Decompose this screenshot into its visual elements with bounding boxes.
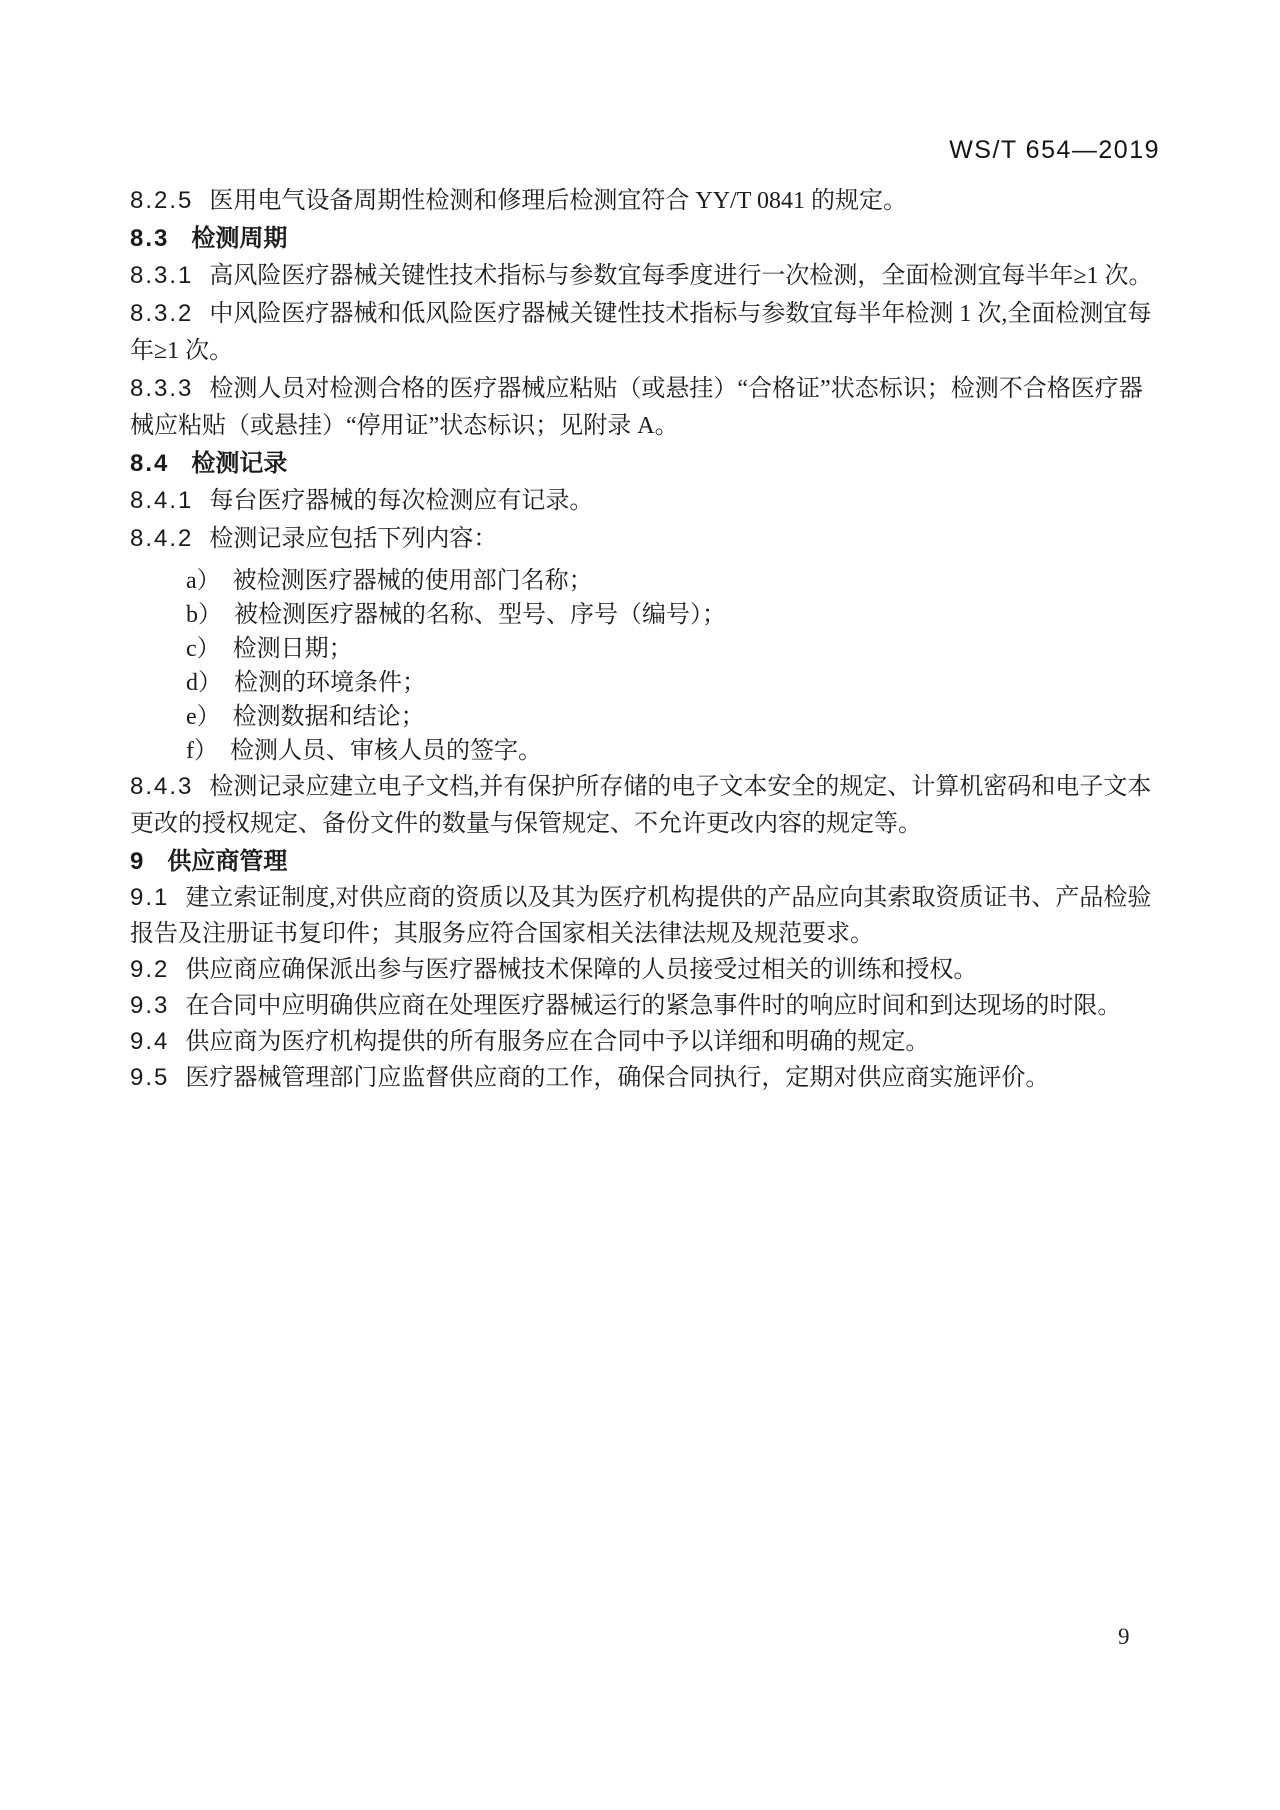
clause-8-3-1-text: 高风险医疗器械关键性技术指标与参数宜每季度进行一次检测，全面检测宜每半年≥1 次…: [209, 263, 1152, 289]
section-9-clauses: 9.1建立索证制度,对供应商的资质以及其为医疗机构提供的产品应向其索取资质证书、…: [130, 880, 1156, 1096]
clause-8-2-5-text: 医用电气设备周期性检测和修理后检测宜符合 YY/T 0841 的规定。: [209, 188, 907, 214]
clause-9-2-text: 供应商应确保派出参与医疗器械技术保障的人员接受过相关的训练和授权。: [185, 957, 977, 983]
clause-8-3-2-text: 中风险医疗器械和低风险医疗器械关键性技术指标与参数宜每半年检测 1 次,全面检测…: [130, 301, 1151, 364]
list-item-f-label: f）: [186, 738, 218, 764]
heading-9-number: 9: [130, 848, 145, 875]
heading-8-3-title: 检测周期: [191, 225, 287, 252]
heading-9-title: 供应商管理: [167, 848, 287, 875]
clause-8-4-2-list: a）被检测医疗器械的使用部门名称； b）被检测医疗器械的名称、型号、序号（编号）…: [130, 564, 1156, 768]
clause-8-3-2: 8.3.2中风险医疗器械和低风险医疗器械关键性技术指标与参数宜每半年检测 1 次…: [130, 295, 1156, 370]
clause-9-2: 9.2供应商应确保派出参与医疗器械技术保障的人员接受过相关的训练和授权。: [130, 952, 1156, 988]
list-item-b-label: b）: [186, 602, 222, 628]
clause-8-2-5-number: 8.2.5: [130, 187, 193, 214]
document-body: 8.2.5医用电气设备周期性检测和修理后检测宜符合 YY/T 0841 的规定。…: [130, 182, 1156, 1096]
clause-9-2-number: 9.2: [130, 956, 169, 983]
clause-8-4-2-text: 检测记录应包括下列内容：: [209, 526, 497, 552]
clause-9-3-number: 9.3: [130, 992, 169, 1019]
clause-8-4-2-number: 8.4.2: [130, 525, 193, 552]
clause-8-3-2-number: 8.3.2: [130, 300, 193, 327]
clause-8-3-1: 8.3.1高风险医疗器械关键性技术指标与参数宜每季度进行一次检测，全面检测宜每半…: [130, 257, 1156, 295]
clause-8-4-3-number: 8.4.3: [130, 773, 193, 800]
heading-8-3: 8.3检测周期: [130, 220, 1156, 257]
clause-9-4: 9.4供应商为医疗机构提供的所有服务应在合同中予以详细和明确的规定。: [130, 1024, 1156, 1060]
list-item-a-text: 被检测医疗器械的使用部门名称；: [233, 568, 593, 594]
clause-9-1: 9.1建立索证制度,对供应商的资质以及其为医疗机构提供的产品应向其索取资质证书、…: [130, 880, 1156, 952]
list-item-e-label: e）: [186, 704, 221, 730]
clause-8-4-1-text: 每台医疗器械的每次检测应有记录。: [209, 488, 593, 514]
heading-8-4: 8.4检测记录: [130, 445, 1156, 482]
clause-8-2-5: 8.2.5医用电气设备周期性检测和修理后检测宜符合 YY/T 0841 的规定。: [130, 182, 1156, 220]
list-item-e: e）检测数据和结论；: [186, 700, 1156, 734]
clause-8-3-3-text: 检测人员对检测合格的医疗器械应粘贴（或悬挂）“合格证”状态标识；检测不合格医疗器…: [130, 376, 1143, 439]
list-item-e-text: 检测数据和结论；: [233, 704, 425, 730]
clause-9-3: 9.3在合同中应明确供应商在处理医疗器械运行的紧急事件时的响应时间和到达现场的时…: [130, 988, 1156, 1024]
list-item-b: b）被检测医疗器械的名称、型号、序号（编号）；: [186, 598, 1156, 632]
heading-9: 9供应商管理: [130, 843, 1156, 880]
list-item-a-label: a）: [186, 568, 221, 594]
list-item-d-label: d）: [186, 670, 222, 696]
clause-8-4-1-number: 8.4.1: [130, 487, 193, 514]
clause-8-3-3: 8.3.3检测人员对检测合格的医疗器械应粘贴（或悬挂）“合格证”状态标识；检测不…: [130, 370, 1156, 445]
page-number: 9: [1118, 1624, 1130, 1650]
list-item-f: f）检测人员、审核人员的签字。: [186, 734, 1156, 768]
clause-8-3-1-number: 8.3.1: [130, 262, 193, 289]
clause-8-4-1: 8.4.1每台医疗器械的每次检测应有记录。: [130, 482, 1156, 520]
clause-9-3-text: 在合同中应明确供应商在处理医疗器械运行的紧急事件时的响应时间和到达现场的时限。: [185, 993, 1121, 1019]
list-item-c-label: c）: [186, 636, 221, 662]
clause-8-4-3-text: 检测记录应建立电子文档,并有保护所存储的电子文本安全的规定、计算机密码和电子文本…: [130, 774, 1151, 837]
clause-9-4-number: 9.4: [130, 1028, 169, 1055]
heading-8-4-title: 检测记录: [191, 450, 287, 477]
clause-9-4-text: 供应商为医疗机构提供的所有服务应在合同中予以详细和明确的规定。: [185, 1029, 929, 1055]
heading-8-4-number: 8.4: [130, 450, 169, 477]
document-page: WS/T 654—2019 8.2.5医用电气设备周期性检测和修理后检测宜符合 …: [0, 0, 1280, 1810]
list-item-d: d）检测的环境条件；: [186, 666, 1156, 700]
heading-8-3-number: 8.3: [130, 225, 169, 252]
list-item-b-text: 被检测医疗器械的名称、型号、序号（编号）；: [234, 602, 726, 628]
list-item-f-text: 检测人员、审核人员的签字。: [230, 738, 542, 764]
list-item-c-text: 检测日期；: [233, 636, 353, 662]
list-item-c: c）检测日期；: [186, 632, 1156, 666]
clause-9-1-text: 建立索证制度,对供应商的资质以及其为医疗机构提供的产品应向其索取资质证书、产品检…: [130, 885, 1151, 947]
list-item-a: a）被检测医疗器械的使用部门名称；: [186, 564, 1156, 598]
clause-8-3-3-number: 8.3.3: [130, 375, 193, 402]
clause-9-5-number: 9.5: [130, 1064, 169, 1091]
standard-code-header: WS/T 654—2019: [949, 136, 1160, 165]
clause-8-4-2: 8.4.2检测记录应包括下列内容：: [130, 520, 1156, 558]
clause-9-1-number: 9.1: [130, 884, 169, 911]
clause-8-4-3: 8.4.3检测记录应建立电子文档,并有保护所存储的电子文本安全的规定、计算机密码…: [130, 768, 1156, 843]
list-item-d-text: 检测的环境条件；: [234, 670, 426, 696]
clause-9-5-text: 医疗器械管理部门应监督供应商的工作，确保合同执行，定期对供应商实施评价。: [185, 1065, 1049, 1091]
clause-9-5: 9.5医疗器械管理部门应监督供应商的工作，确保合同执行，定期对供应商实施评价。: [130, 1060, 1156, 1096]
